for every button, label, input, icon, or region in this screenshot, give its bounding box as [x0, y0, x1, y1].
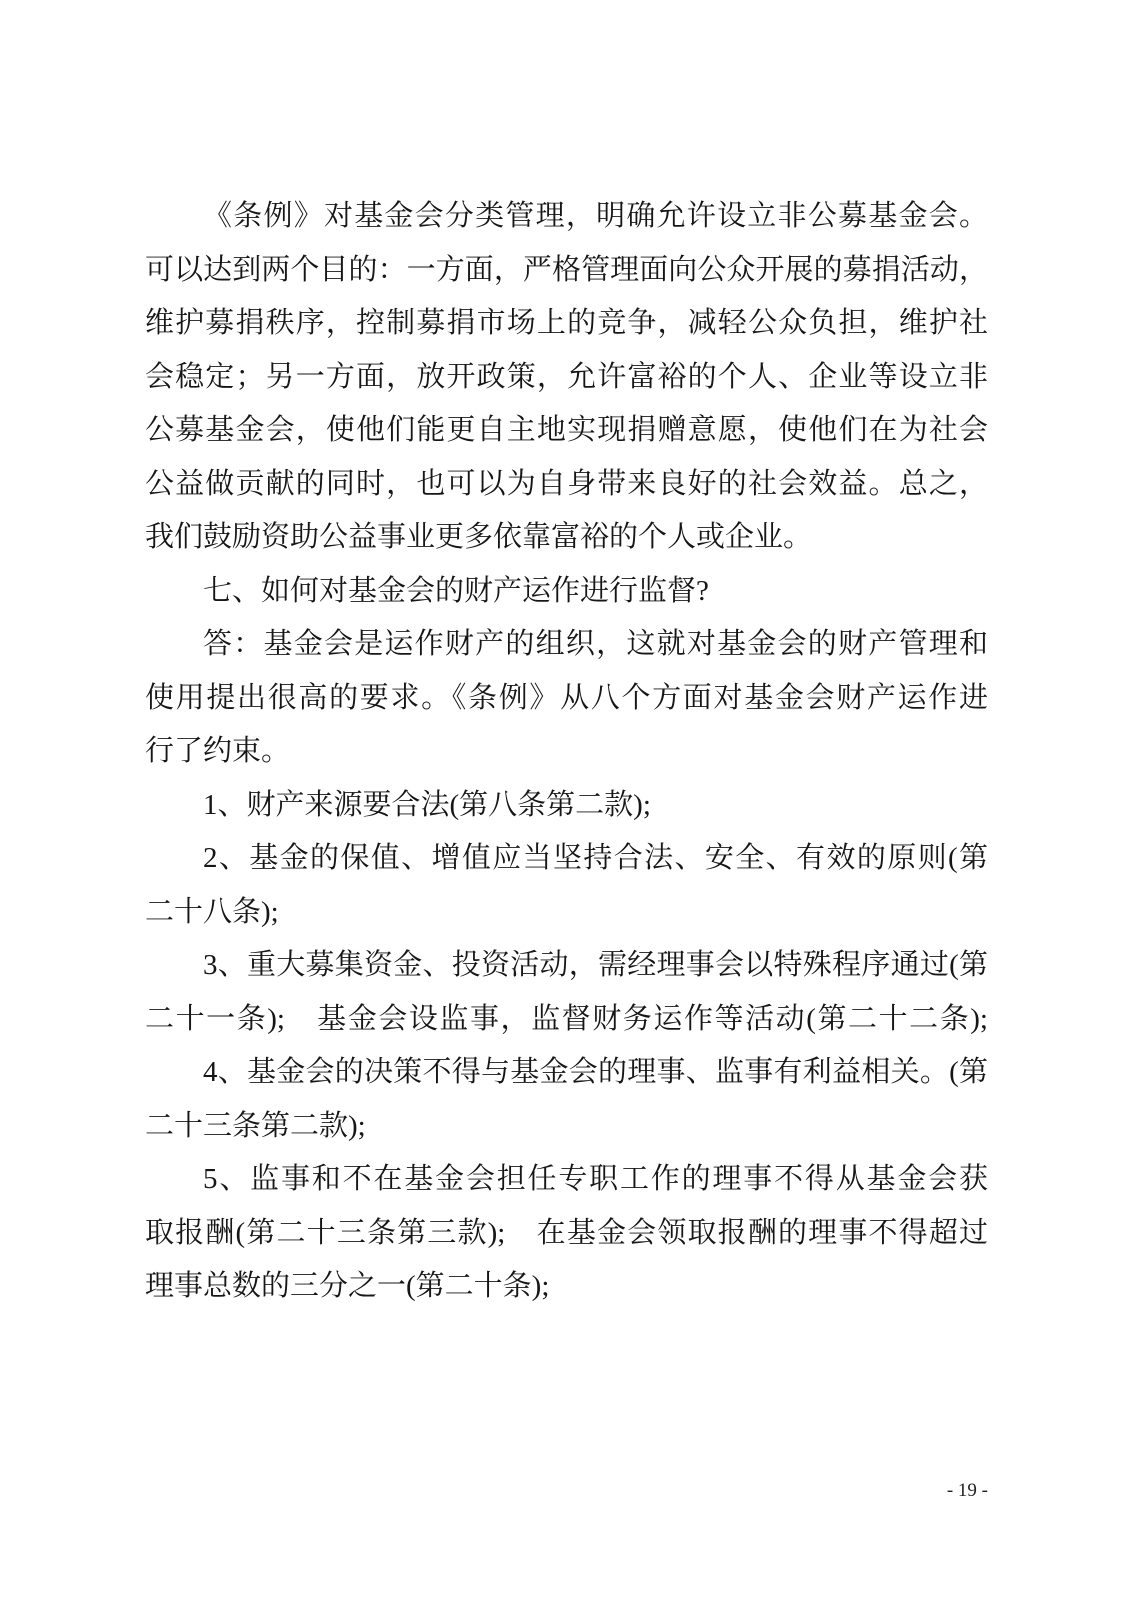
document-body: 《条例》对基金会分类管理，明确允许设立非公募基金会。 可以达到两个目的：一方面，…	[145, 190, 988, 1314]
text-line: 理事总数的三分之一(第二十条);	[145, 1260, 988, 1314]
text-line: 会稳定；另一方面，放开政策，允许富裕的个人、企业等设立非	[145, 351, 988, 405]
text-line: 《条例》对基金会分类管理，明确允许设立非公募基金会。	[145, 190, 988, 244]
text-line: 1、财产来源要合法(第八条第二款);	[145, 779, 988, 833]
text-line: 二十八条);	[145, 886, 988, 940]
text-line: 行了约束。	[145, 725, 988, 779]
page-number: - 19 -	[145, 1480, 988, 1502]
text-line: 七、如何对基金会的财产运作进行监督?	[145, 565, 988, 619]
text-line: 公募基金会，使他们能更自主地实现捐赠意愿，使他们在为社会	[145, 404, 988, 458]
text-line: 取报酬(第二十三条第三款); 在基金会领取报酬的理事不得超过	[145, 1207, 988, 1261]
text-line: 3、重大募集资金、投资活动，需经理事会以特殊程序通过(第	[145, 939, 988, 993]
document-page: 《条例》对基金会分类管理，明确允许设立非公募基金会。 可以达到两个目的：一方面，…	[0, 0, 1131, 1600]
text-line: 答：基金会是运作财产的组织，这就对基金会的财产管理和	[145, 618, 988, 672]
text-line: 2、基金的保值、增值应当坚持合法、安全、有效的原则(第	[145, 832, 988, 886]
text-line: 二十一条); 基金会设监事，监督财务运作等活动(第二十二条);	[145, 993, 988, 1047]
text-line: 5、监事和不在基金会担任专职工作的理事不得从基金会获	[145, 1153, 988, 1207]
text-line: 可以达到两个目的：一方面，严格管理面向公众开展的募捐活动，	[145, 244, 988, 298]
text-line: 维护募捐秩序，控制募捐市场上的竞争，减轻公众负担，维护社	[145, 297, 988, 351]
text-line: 公益做贡献的同时，也可以为自身带来良好的社会效益。总之，	[145, 458, 988, 512]
text-line: 4、基金会的决策不得与基金会的理事、监事有利益相关。(第	[145, 1046, 988, 1100]
text-line: 使用提出很高的要求。《条例》从八个方面对基金会财产运作进	[145, 672, 988, 726]
text-line: 二十三条第二款);	[145, 1100, 988, 1154]
text-line: 我们鼓励资助公益事业更多依靠富裕的个人或企业。	[145, 511, 988, 565]
